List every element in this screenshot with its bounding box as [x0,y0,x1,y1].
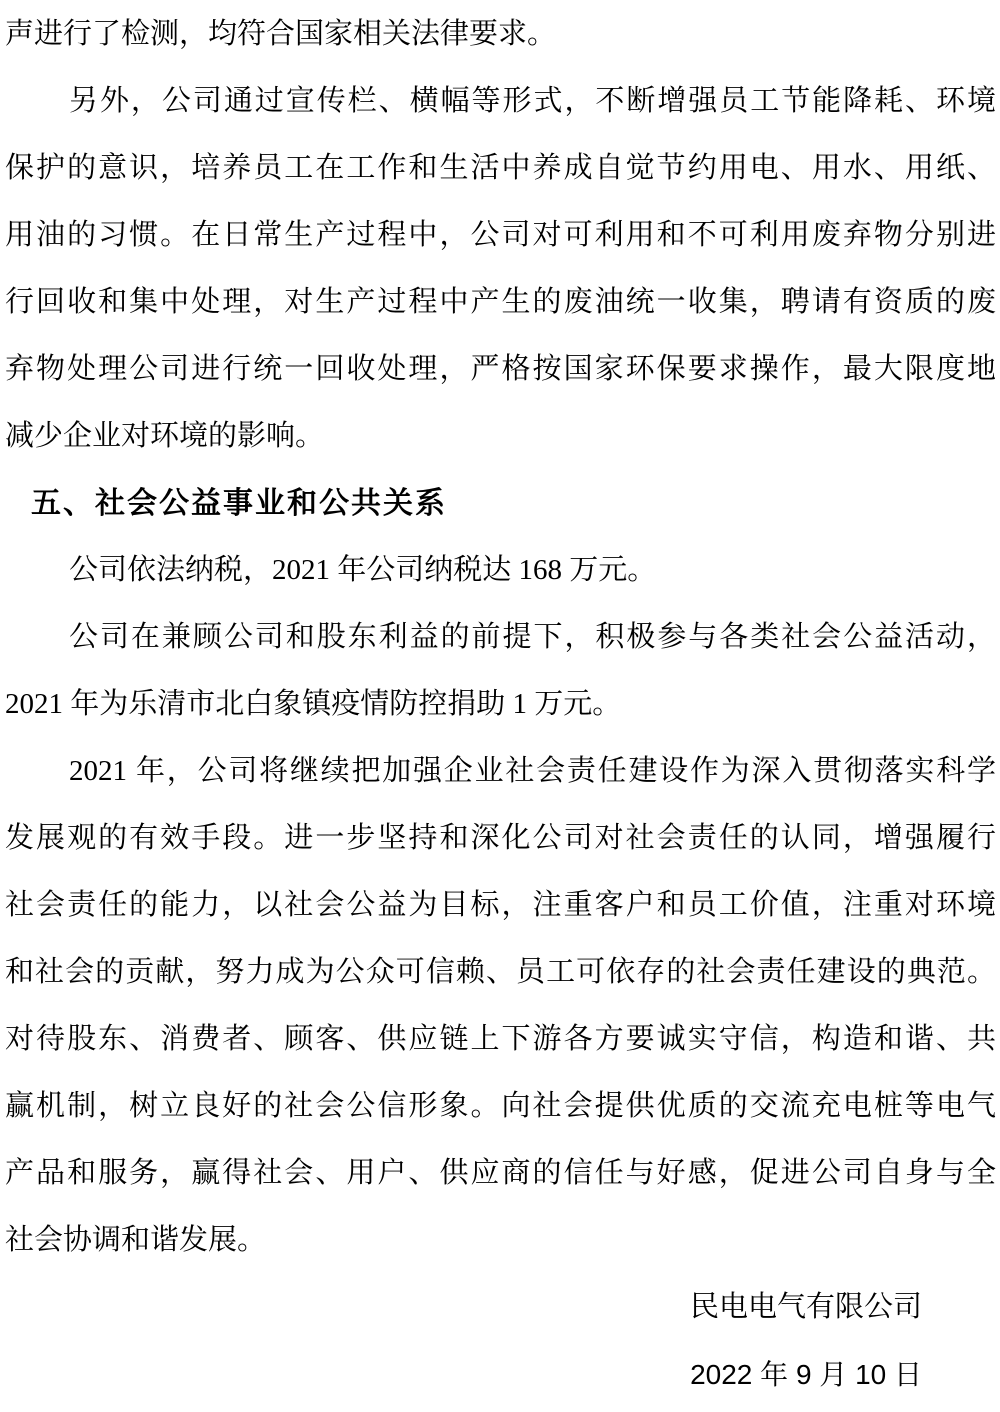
signature-company: 民电电气有限公司 [5,1274,996,1341]
section-heading: 五、社会公益事业和公共关系 [5,470,996,537]
body-text-line: 产品和服务，赢得社会、用户、供应商的信任与好感，促进公司自身与全 [5,1140,996,1207]
body-text-line: 赢机制，树立良好的社会公信形象。向社会提供优质的交流充电桩等电气 [5,1073,996,1140]
body-text-line: 减少企业对环境的影响。 [5,403,996,470]
body-text-line: 公司依法纳税，2021 年公司纳税达 168 万元。 [5,537,996,604]
body-text-line: 行回收和集中处理，对生产过程中产生的废油统一收集，聘请有资质的废 [5,269,996,336]
document-page: 声进行了检测，均符合国家相关法律要求。 另外，公司通过宣传栏、横幅等形式，不断增… [0,0,1000,1412]
body-text-line: 发展观的有效手段。进一步坚持和深化公司对社会责任的认同，增强履行 [5,805,996,872]
body-text-line: 声进行了检测，均符合国家相关法律要求。 [5,1,996,68]
body-text-line: 用油的习惯。在日常生产过程中，公司对可利用和不可利用废弃物分别进 [5,202,996,269]
body-text-line: 保护的意识，培养员工在工作和生活中养成自觉节约用电、用水、用纸、 [5,135,996,202]
body-text-line: 和社会的贡献，努力成为公众可信赖、员工可依存的社会责任建设的典范。 [5,939,996,1006]
body-text-line: 弃物处理公司进行统一回收处理，严格按国家环保要求操作，最大限度地 [5,336,996,403]
signature-date: 2022 年 9 月 10 日 [5,1341,996,1408]
body-text-line: 社会协调和谐发展。 [5,1207,996,1274]
body-text-line: 另外，公司通过宣传栏、横幅等形式，不断增强员工节能降耗、环境 [5,68,996,135]
body-text-line: 公司在兼顾公司和股东利益的前提下，积极参与各类社会公益活动， [5,604,996,671]
body-text-line: 对待股东、消费者、顾客、供应链上下游各方要诚实守信，构造和谐、共 [5,1006,996,1073]
body-text-line: 社会责任的能力，以社会公益为目标，注重客户和员工价值，注重对环境 [5,872,996,939]
body-text-line: 2021 年，公司将继续把加强企业社会责任建设作为深入贯彻落实科学 [5,738,996,805]
body-text-line: 2021 年为乐清市北白象镇疫情防控捐助 1 万元。 [5,671,996,738]
